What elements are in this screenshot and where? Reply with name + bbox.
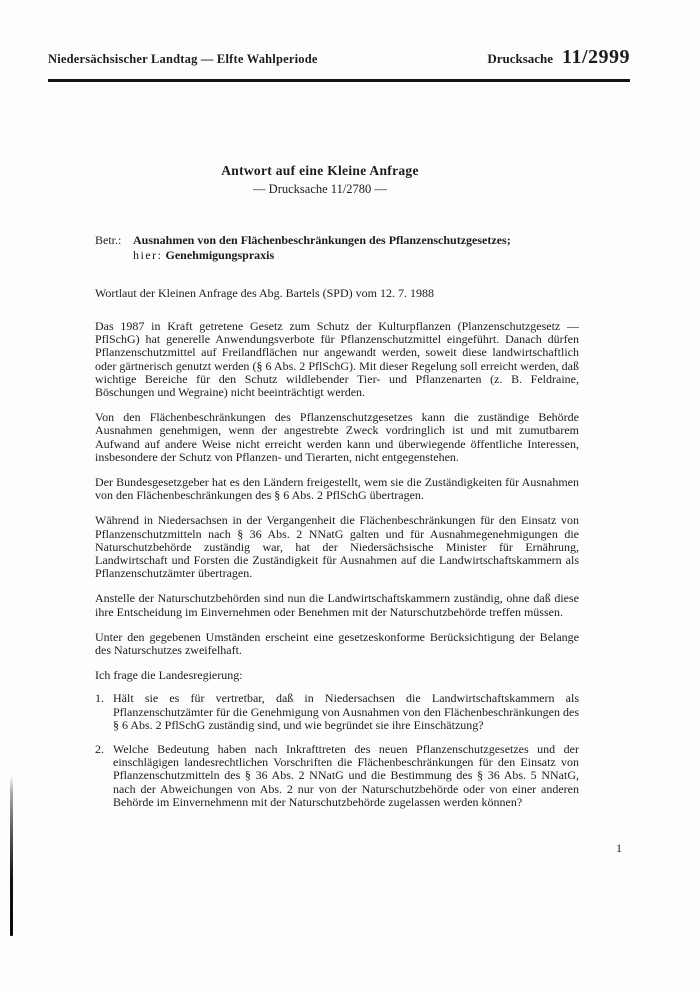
subject-text: Ausnahmen von den Flächenbeschränkungen … [133,233,511,248]
question-number: 2. [95,743,113,809]
paragraph: Während in Niedersachsen in der Vergange… [95,514,579,580]
subject-block: Betr.: Ausnahmen von den Flächenbeschrän… [95,233,579,263]
scan-artifact-line [10,776,13,936]
subject-hier-label: hier: [133,248,163,262]
subject-hier: hier: Genehmigungspraxis [133,248,274,263]
drucksache-label: Drucksache [487,51,553,66]
paragraph: Anstelle der Naturschutzbehörden sind nu… [95,592,579,618]
subject-row-main: Betr.: Ausnahmen von den Flächenbeschrän… [95,233,579,248]
document-page: Niedersächsischer Landtag — Elfte Wahlpe… [0,0,700,990]
question-number: 1. [95,692,113,732]
subject-hier-text: Genehmigungspraxis [166,248,275,262]
doc-subtitle: — Drucksache 11/2780 — [95,182,545,197]
drucksache-reference: Drucksache 11/2999 [487,46,630,69]
body-text: Das 1987 in Kraft getretene Gesetz zum S… [95,320,579,820]
paragraph: Von den Flächenbeschränkungen des Pflanz… [95,411,579,464]
subject-label: Betr.: [95,233,133,248]
page-number: 1 [616,841,622,856]
drucksache-number: 11/2999 [562,46,630,68]
question-text: Welche Bedeutung haben nach Inkrafttrete… [113,743,579,809]
question-item: 2. Welche Bedeutung haben nach Inkrafttr… [95,743,579,809]
question-text: Hält sie es für vertretbar, daß in Niede… [113,692,579,732]
doc-title: Antwort auf eine Kleine Anfrage [95,163,545,179]
subject-label-spacer [95,248,133,263]
intro-line: Wortlaut der Kleinen Anfrage des Abg. Ba… [95,286,579,301]
question-item: 1. Hält sie es für vertretbar, daß in Ni… [95,692,579,732]
paragraph: Der Bundesgesetzgeber hat es den Ländern… [95,476,579,502]
header-title: Niedersächsischer Landtag — Elfte Wahlpe… [48,52,318,67]
header-rule [48,79,630,82]
document-header: Niedersächsischer Landtag — Elfte Wahlpe… [48,46,630,69]
title-block: Antwort auf eine Kleine Anfrage — Drucks… [95,163,545,197]
paragraph: Das 1987 in Kraft getretene Gesetz zum S… [95,320,579,399]
lead-in-line: Ich frage die Landesregierung: [95,669,579,682]
subject-row-hier: hier: Genehmigungspraxis [95,248,579,263]
paragraph: Unter den gegebenen Umständen erscheint … [95,631,579,657]
